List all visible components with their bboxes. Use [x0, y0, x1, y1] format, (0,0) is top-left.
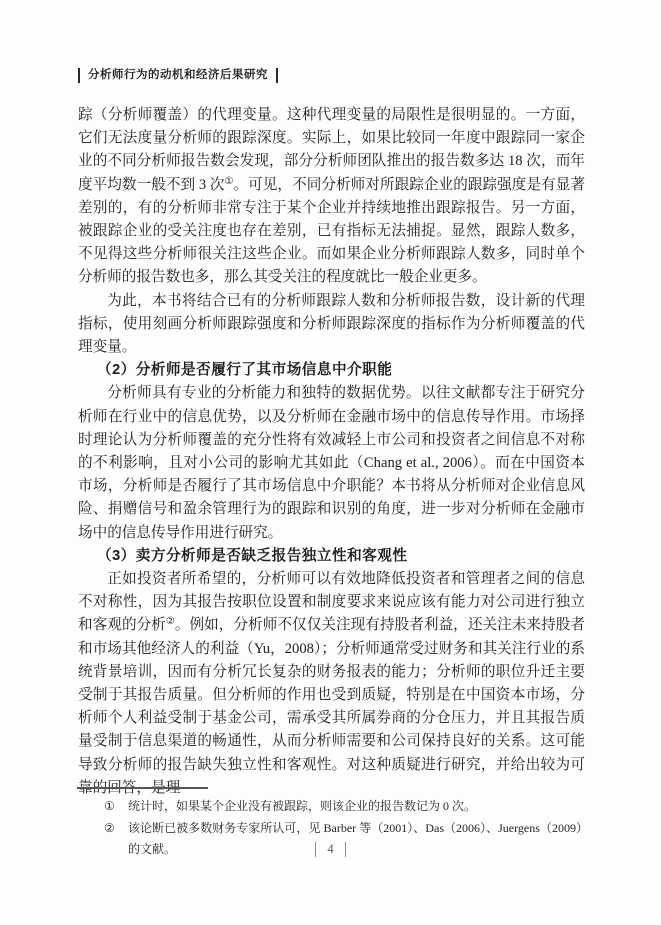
footnote-marker: ② — [104, 818, 128, 840]
paragraph: 分析师具有专业的分析能力和独特的数据优势。以往文献都专注于研究分析师在行业中的信… — [78, 382, 585, 544]
page-number: 4 — [0, 842, 661, 857]
footnote-item: ①统计时，如果某个企业没有被跟踪，则该企业的报告数记为 0 次。 — [78, 796, 588, 818]
running-header-title: 分析师行为的动机和经济后果研究 — [78, 68, 278, 83]
paragraph: 正如投资者所希望的，分析师可以有效地降低投资者和管理者之间的信息不对称性，因为其… — [78, 568, 585, 800]
section-heading: （2）分析师是否履行了其市场信息中介职能 — [78, 359, 585, 382]
body-text: 踪（分析师覆盖）的代理变量。这种代理变量的局限性是很明显的。一方面，它们无法度量… — [78, 104, 585, 800]
section-heading: （3）卖方分析师是否缺乏报告独立性和客观性 — [78, 545, 585, 568]
footnote-text: 统计时，如果某个企业没有被跟踪，则该企业的报告数记为 0 次。 — [128, 799, 476, 813]
paragraph: 踪（分析师覆盖）的代理变量。这种代理变量的局限性是很明显的。一方面，它们无法度量… — [78, 104, 585, 290]
page-number-value: 4 — [315, 842, 345, 857]
document-page: 分析师行为的动机和经济后果研究 踪（分析师覆盖）的代理变量。这种代理变量的局限性… — [0, 0, 661, 925]
paragraph: 为此，本书将结合已有的分析师跟踪人数和分析师报告数，设计新的代理指标，使用刻画分… — [78, 290, 585, 360]
footnote-marker: ① — [104, 796, 128, 818]
footnote-divider — [77, 787, 208, 789]
running-header: 分析师行为的动机和经济后果研究 — [78, 68, 278, 83]
